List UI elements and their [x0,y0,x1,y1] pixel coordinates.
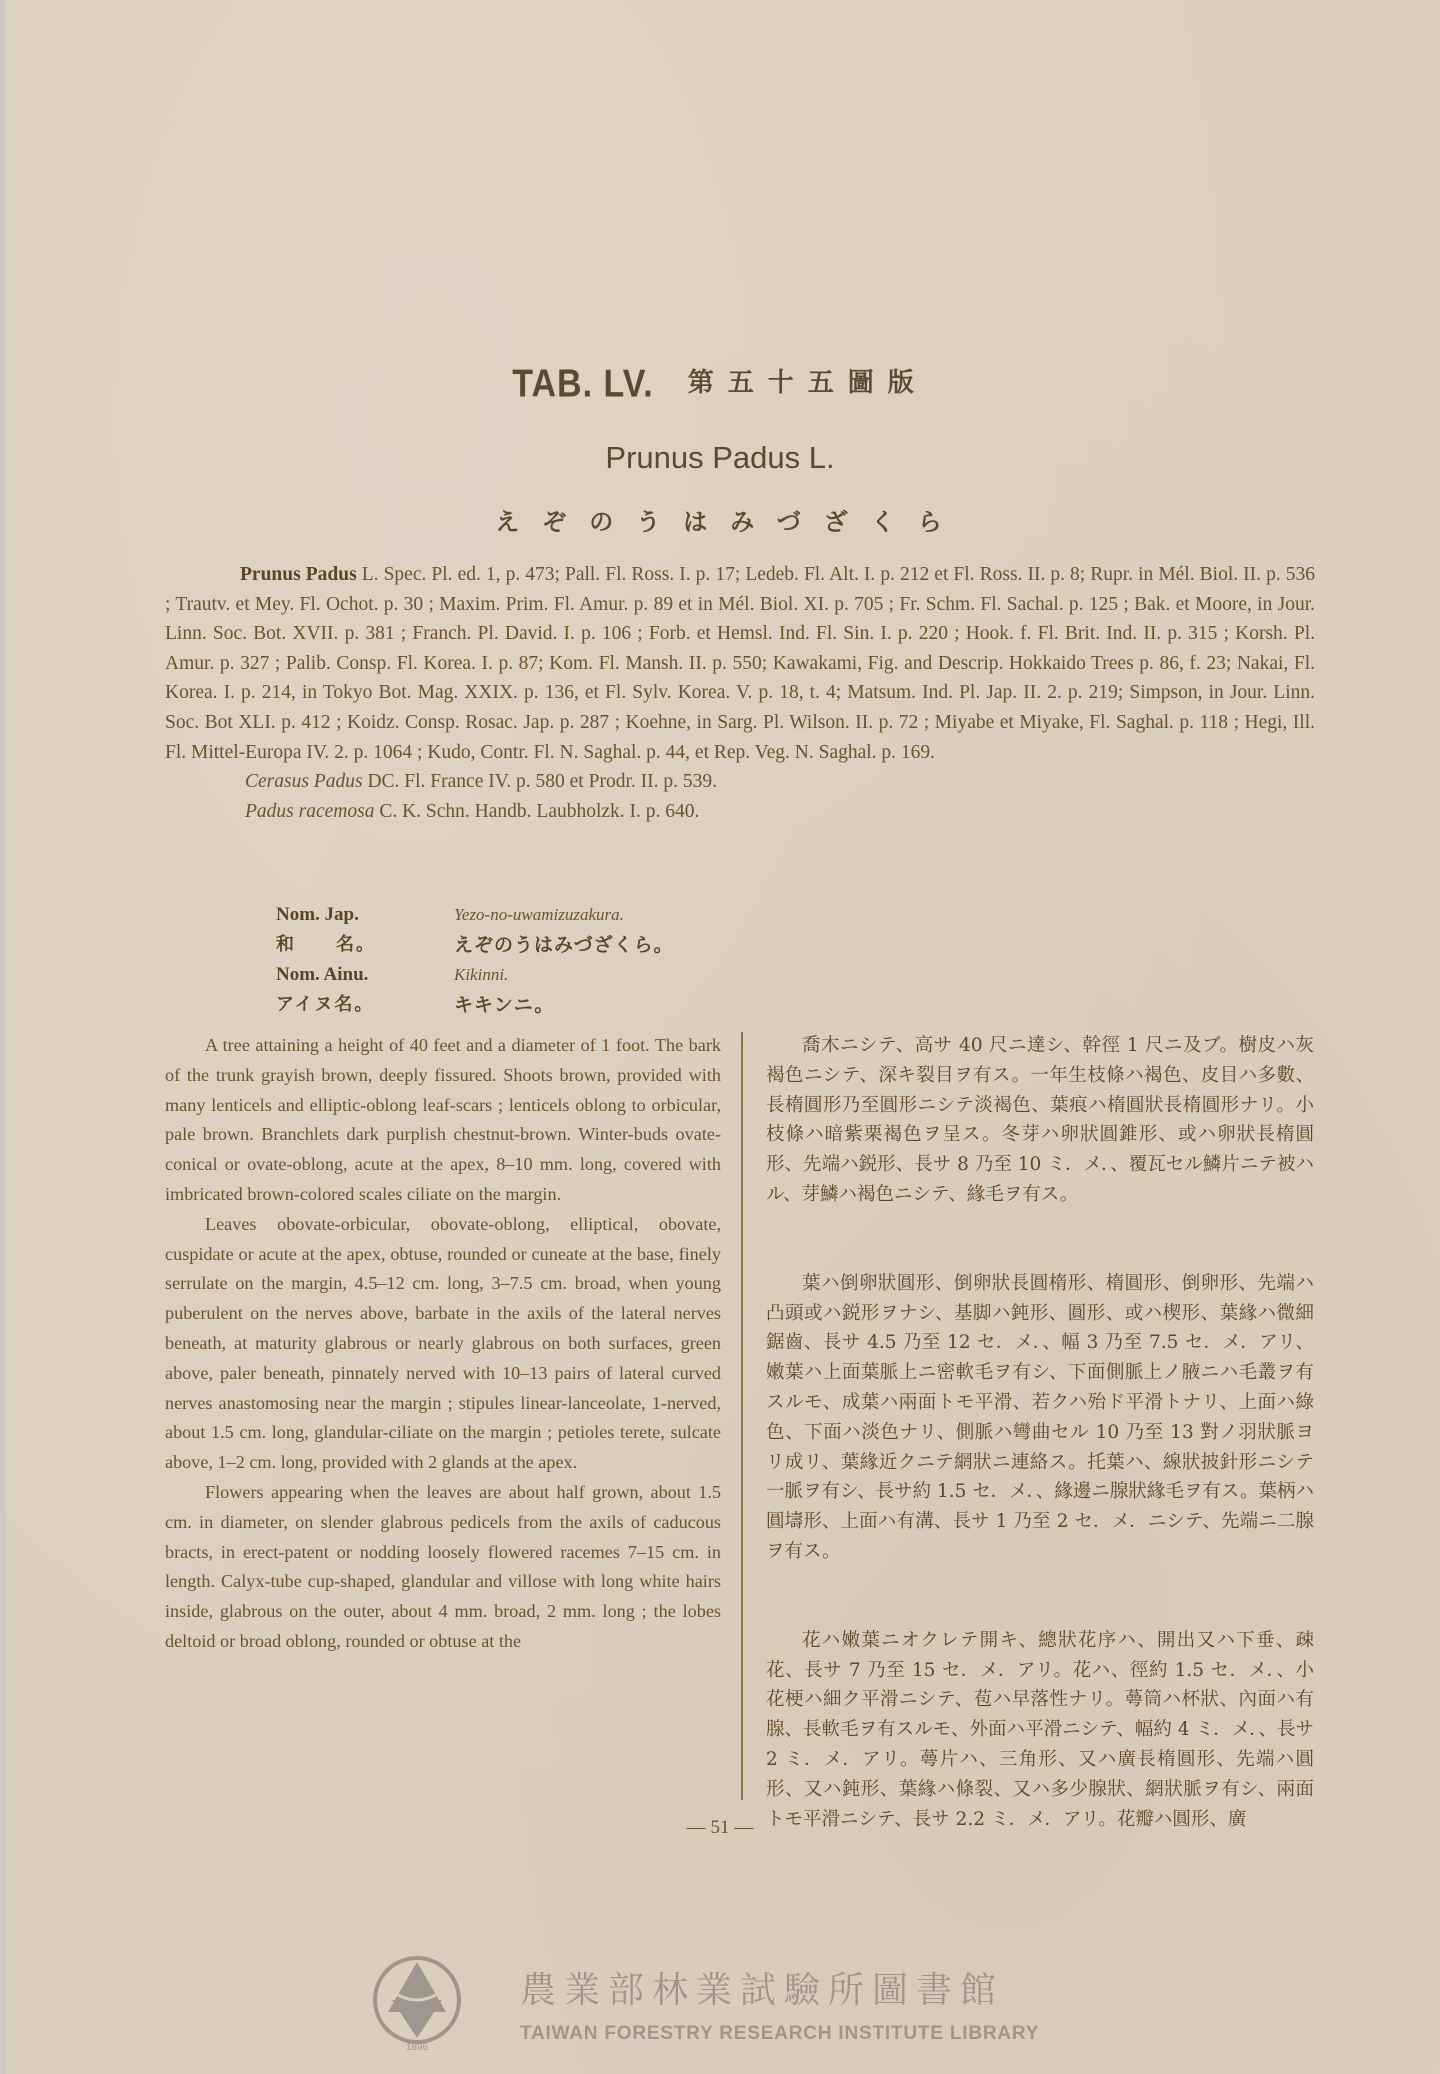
scanned-page: TAB. LV.第五十五圖版 Prunus Padus L. えぞのうはみづざく… [0,0,1440,2074]
nomenclature-row: 和 名。 えぞのうはみづざくら。 [276,930,674,960]
nomenclature-row: アイヌ名。 キキンニ。 [276,990,674,1020]
plate-number-latin: TAB. LV. [512,362,654,407]
synonym-row: Cerasus Padus DC. Fl. France IV. p. 580 … [165,767,1315,797]
plate-number-kanji: 第五十五圖版 [688,368,928,398]
wamei-value: えぞのうはみづざくら。 [454,930,674,960]
japanese-description-column: 喬木ニシテ、高サ 40 尺ニ達シ、幹徑 1 尺ニ及ブ。樹皮ハ灰褐色ニシテ、深キ裂… [766,1031,1314,1834]
synonym-name: Cerasus Padus [245,771,363,792]
synonymy-block: Prunus Padus L. Spec. Pl. ed. 1, p. 473;… [165,560,1315,826]
japanese-name-heading: えぞのうはみづざくら [0,502,1440,537]
english-description-column: A tree attaining a height of 40 feet and… [165,1031,721,1657]
ainu-name-label: アイヌ名。 [276,990,454,1020]
jp-paragraph-leaves: 葉ハ倒卵狀圓形、倒卵狀長圓楕形、楕圓形、倒卵形、先端ハ凸頭或ハ鋭形ヲナシ、基脚ハ… [766,1269,1314,1567]
library-watermark: 1896 農業部林業試驗所圖書館 TAIWAN FORESTRY RESEARC… [372,1940,1072,2070]
synonym-row: Padus racemosa C. K. Schn. Handb. Laubho… [165,797,1315,827]
page-number: — 51 — [0,1817,1440,1839]
nom-jap-value: Yezo-no-uwamizuzakura. [454,900,624,930]
svg-text:1896: 1896 [406,2042,429,2053]
jp-paragraph-habit: 喬木ニシテ、高サ 40 尺ニ達シ、幹徑 1 尺ニ及ブ。樹皮ハ灰褐色ニシテ、深キ裂… [766,1031,1314,1210]
description-paragraph-leaves: Leaves obovate-orbicular, obovate-oblong… [165,1210,721,1478]
description-paragraph-flowers: Flowers appearing when the leaves are ab… [165,1478,721,1657]
ainu-name-value: キキンニ。 [454,990,554,1020]
watermark-chinese-text: 農業部林業試驗所圖書館 [520,1962,1004,2013]
synonym-citation: DC. Fl. France IV. p. 580 et Prodr. II. … [363,771,717,792]
main-citation: L. Spec. Pl. ed. 1, p. 473; Pall. Fl. Ro… [165,564,1315,763]
synonym-name: Padus racemosa [245,801,374,822]
jp-paragraph-flowers: 花ハ嫩葉ニオクレテ開キ、總狀花序ハ、開出又ハ下垂、疎花、長サ 7 乃至 15 セ… [766,1626,1314,1835]
scan-edge [0,0,6,2074]
nom-ainu-label: Nom. Ainu. [276,960,454,990]
synonym-citation: C. K. Schn. Handb. Laubholzk. I. p. 640. [374,801,699,822]
column-divider [741,1032,743,1800]
nom-jap-label: Nom. Jap. [276,900,454,930]
plate-heading: TAB. LV.第五十五圖版 [0,362,1440,404]
main-synonymy: Prunus Padus L. Spec. Pl. ed. 1, p. 473;… [165,560,1315,767]
accepted-name: Prunus Padus [240,564,357,585]
nomenclature-block: Nom. Jap. Yezo-no-uwamizuzakura. 和 名。 えぞ… [276,900,674,1020]
nomenclature-row: Nom. Ainu. Kikinni. [276,960,674,990]
wamei-label: 和 名。 [276,930,454,960]
watermark-english-text: TAIWAN FORESTRY RESEARCH INSTITUTE LIBRA… [520,2023,1039,2045]
nomenclature-row: Nom. Jap. Yezo-no-uwamizuzakura. [276,900,674,930]
species-name-heading: Prunus Padus L. [0,440,1440,476]
institute-logo-icon: 1896 [372,1940,462,2060]
description-paragraph-habit: A tree attaining a height of 40 feet and… [165,1031,721,1210]
nom-ainu-value: Kikinni. [454,960,508,990]
